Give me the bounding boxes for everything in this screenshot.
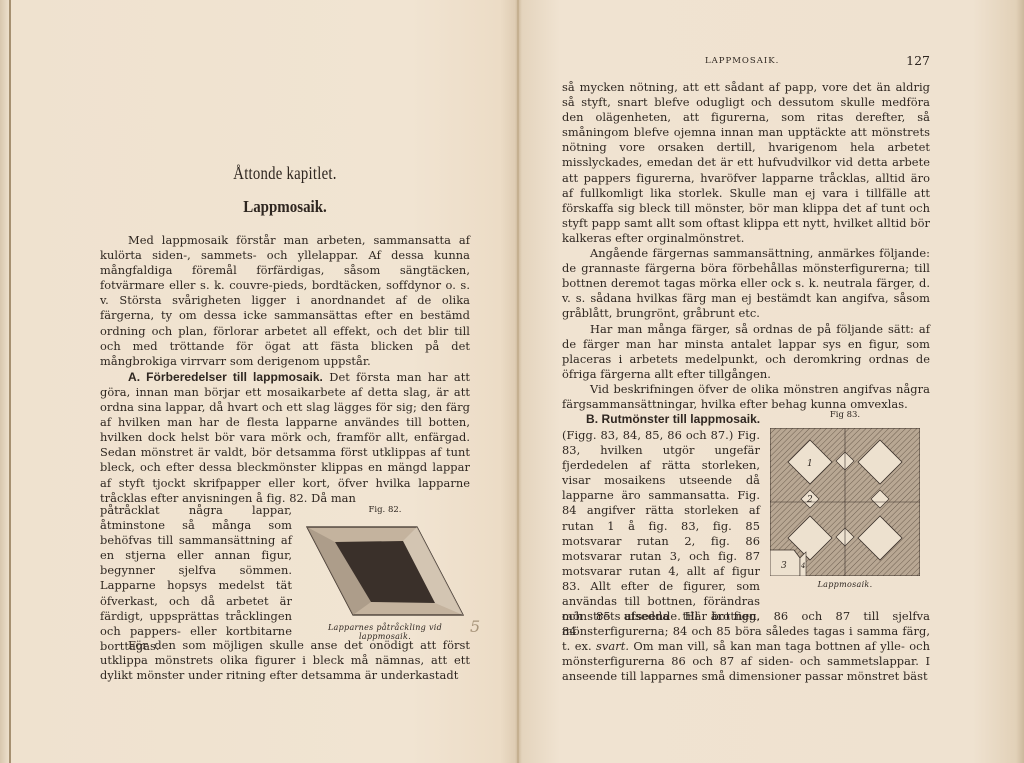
closing-italic: svart. — [596, 639, 629, 653]
left-narrow-text: påtråcklat några lappar, åtminstone så m… — [100, 503, 292, 654]
book-spread: Åttonde kapitlet. Lappmosaik. Med lappmo… — [0, 0, 1024, 763]
paragraph-4: Vid beskrifningen öfver de olika mönstre… — [562, 382, 930, 412]
book-gutter — [517, 0, 519, 763]
left-page: Åttonde kapitlet. Lappmosaik. Med lappmo… — [100, 0, 470, 763]
closing-paragraph: För den som möjligen skulle anse det onö… — [100, 638, 470, 683]
right-closing-text: och 85 afsedda till bottnen, 86 och 87 t… — [562, 609, 930, 684]
figure-83-label: Fig 83. — [767, 410, 923, 420]
right-body-text: så mycken nötning, att ett sådant af pap… — [562, 80, 930, 427]
chapter-title: Åttonde kapitlet. — [133, 163, 436, 184]
paragraph-2: Angående färgernas sammansättning, anmär… — [562, 246, 930, 321]
cell-number-2: 2 — [806, 495, 813, 505]
figure-83: Fig 83. — [767, 410, 923, 589]
rhombus-patch-illustration — [305, 525, 465, 620]
running-head: LAPPMOSAIK. — [705, 56, 779, 66]
paragraph-1: så mycken nötning, att ett sådant af pap… — [562, 80, 930, 246]
section-a-text: Det första man har att göra, innan man b… — [100, 370, 470, 505]
pencil-mark: 5 — [470, 617, 480, 636]
closing-paragraph: och 85 afsedda till bottnen, 86 och 87 t… — [562, 609, 930, 684]
right-page: LAPPMOSAIK. 127 så mycken nötning, att e… — [562, 0, 930, 763]
section-a-paragraph: A. Förberedelser till lappmosaik. Det fö… — [100, 370, 470, 506]
narrow-paragraph: påtråcklat några lappar, åtminstone så m… — [100, 503, 292, 654]
cell-number-3: 3 — [781, 561, 787, 571]
figure-83-caption: Lappmosaik. — [767, 580, 923, 589]
section-b-heading: B. Rutmönster till lappmosaik. — [586, 412, 760, 426]
paragraph-3: Har man många färger, så ordnas de på fö… — [562, 322, 930, 382]
left-closing-text: För den som möjligen skulle anse det onö… — [100, 638, 470, 683]
narrow-paragraph: (Figg. 83, 84, 85, 86 och 87.) Fig. 83, … — [562, 428, 760, 639]
cell-number-1: 1 — [807, 459, 813, 469]
intro-paragraph: Med lappmosaik förstår man arbeten, samm… — [100, 233, 470, 369]
page-edge — [9, 0, 11, 763]
figure-82: Fig. 82. Lapparnes påtråckling vid lappm… — [305, 505, 465, 641]
section-a-heading: A. Förberedelser till lappmosaik. — [128, 370, 323, 384]
cell-number-4: 4 — [800, 562, 805, 570]
left-body-text: Med lappmosaik förstår man arbeten, samm… — [100, 233, 470, 506]
page-number: 127 — [906, 53, 930, 68]
chapter-subtitle: Lappmosaik. — [122, 197, 448, 217]
right-narrow-text: (Figg. 83, 84, 85, 86 och 87.) Fig. 83, … — [562, 428, 760, 639]
patchwork-mosaic-illustration: 1 2 3 4 — [770, 428, 920, 576]
figure-82-label: Fig. 82. — [305, 505, 465, 515]
